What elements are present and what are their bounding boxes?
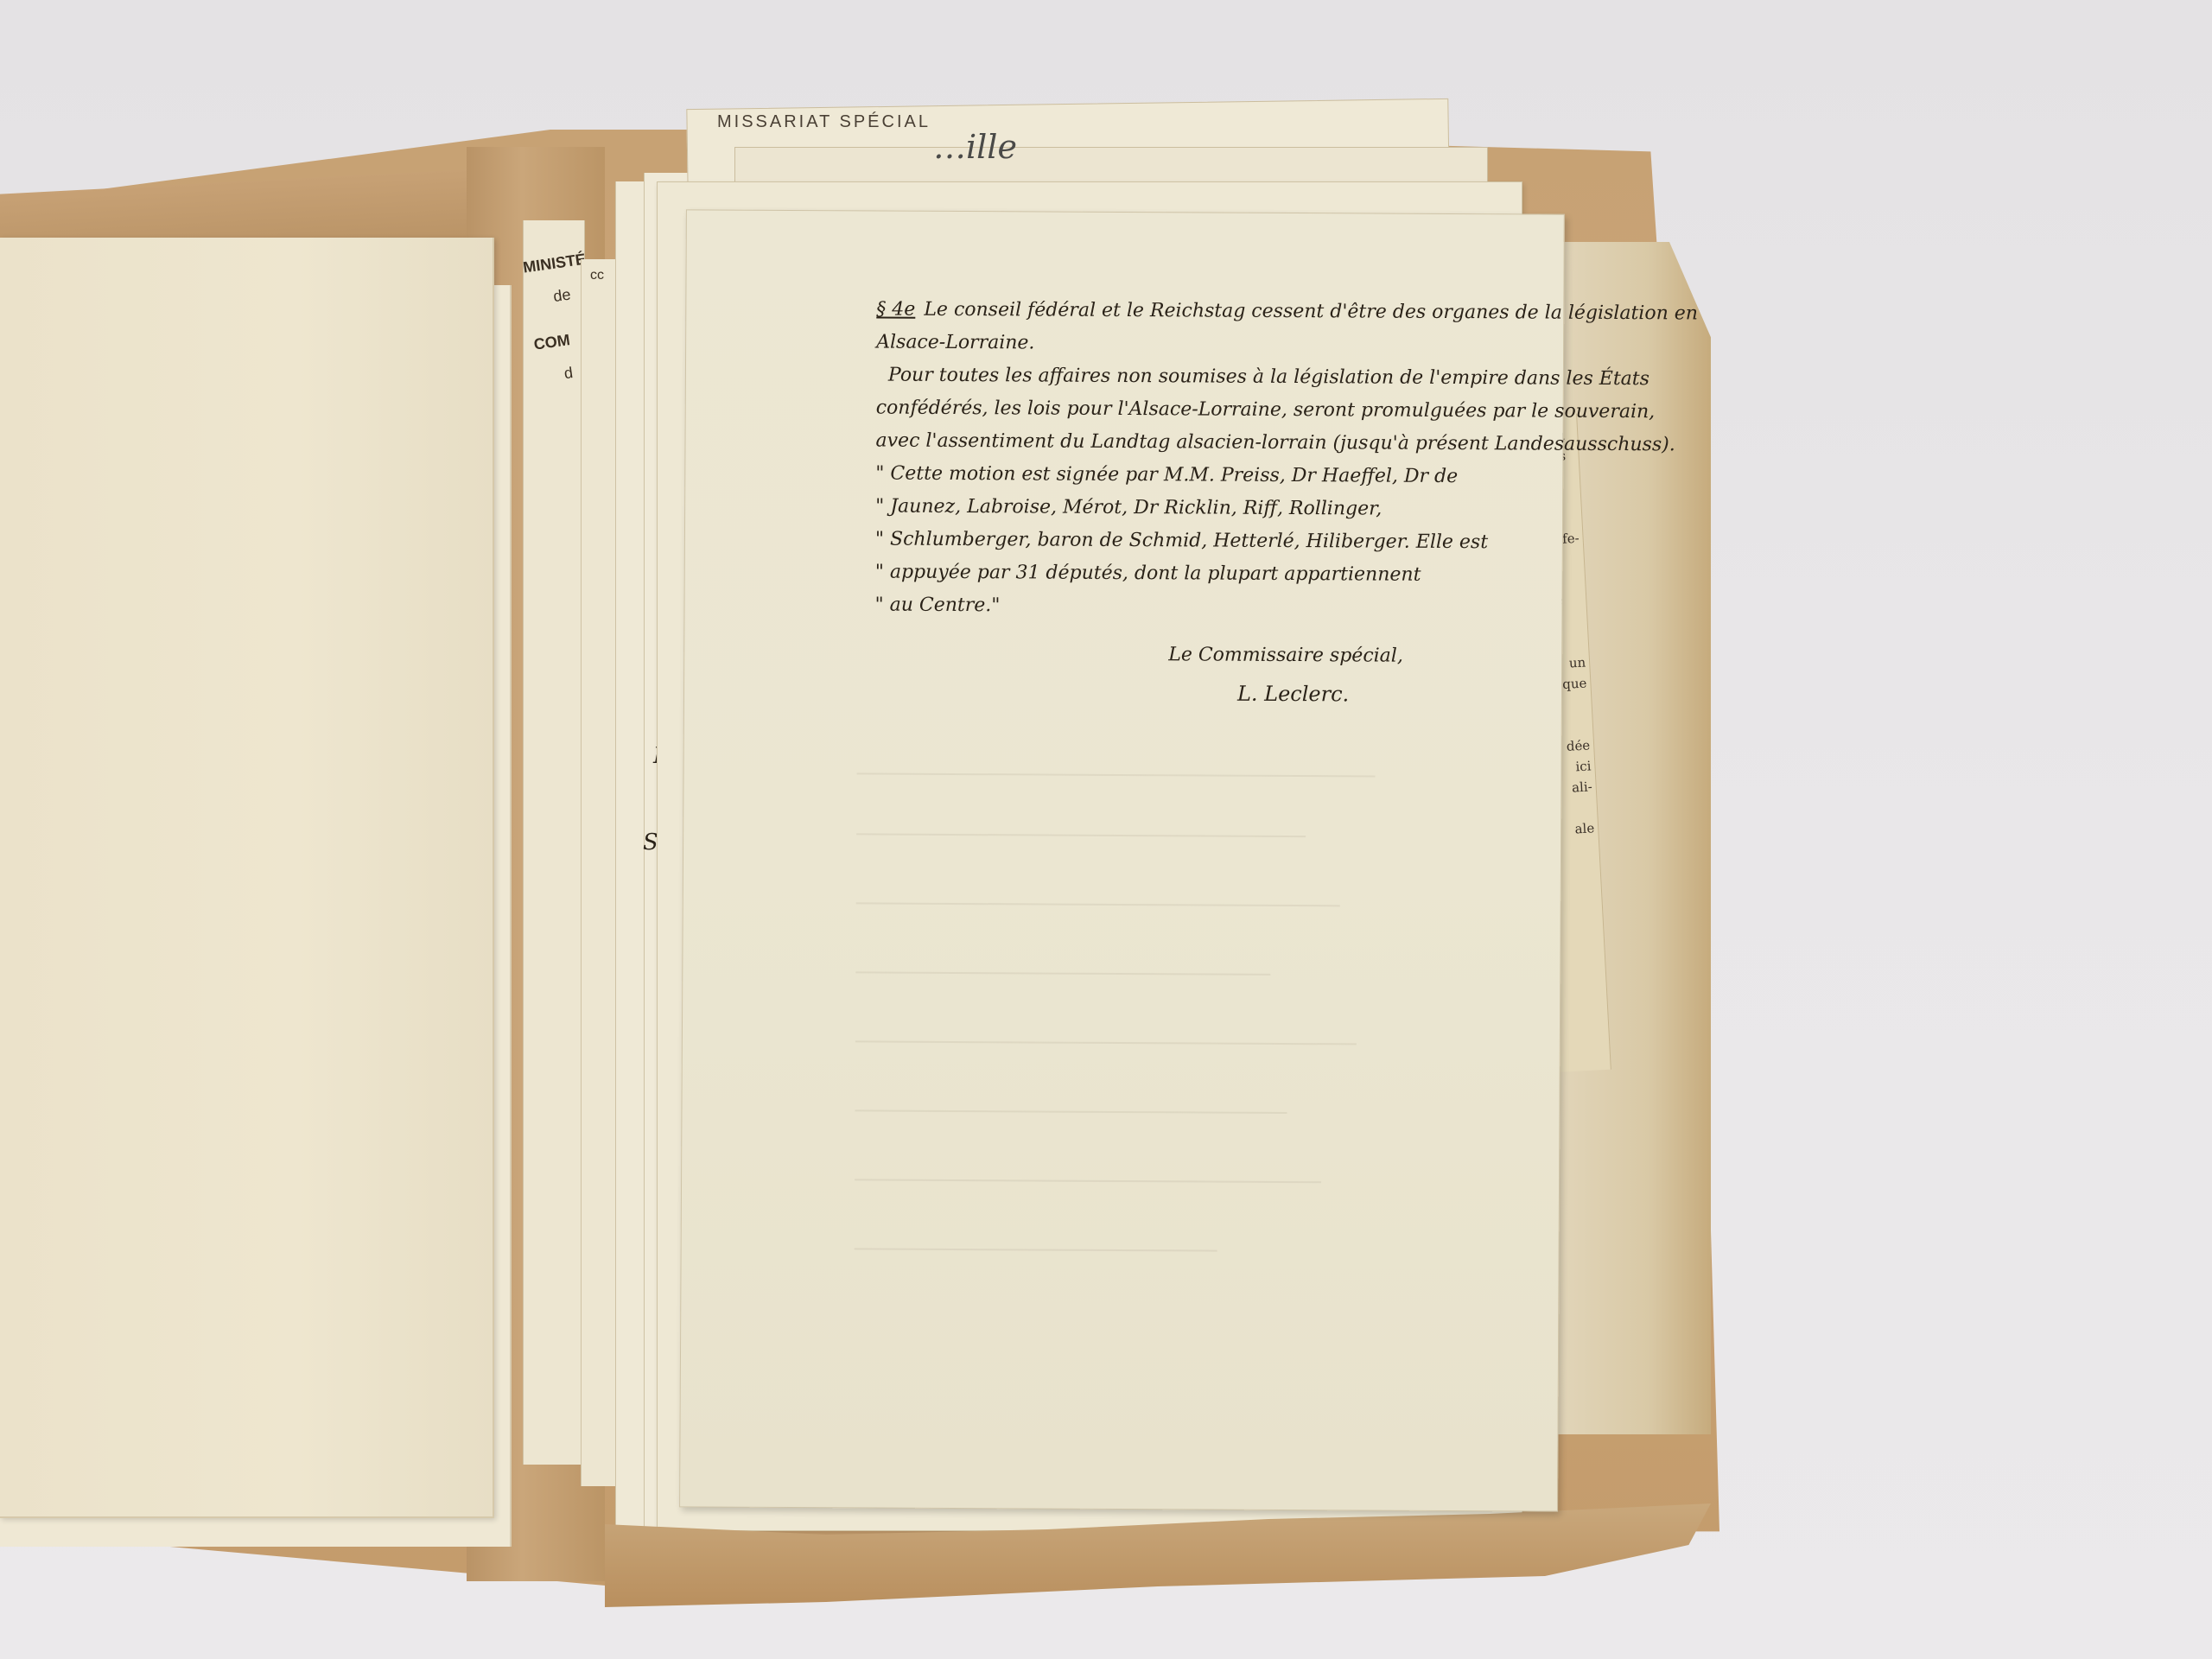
bleed-through-line: [857, 772, 1376, 777]
text-line: avec l'assentiment du Landtag alsacien-l…: [875, 425, 1497, 461]
stacked-page-strip: MINISTÉ de COM d: [523, 220, 585, 1465]
bleed-through-line: [856, 833, 1306, 837]
signature-block: Le Commissaire spécial, L. Leclerc.: [1168, 636, 1403, 713]
stamp-fragment: cc: [590, 268, 604, 283]
text-line: confédérés, les lois pour l'Alsace-Lorra…: [876, 392, 1498, 429]
commissariat-special-stamp: MISSARIAT SPÉCIAL: [717, 112, 931, 132]
text-line: " au Centre.": [874, 588, 1497, 625]
text-line: " Schlumberger, baron de Schmid, Hetterl…: [875, 524, 1497, 560]
text-line: Pour toutes les affaires non soumises à …: [876, 359, 1498, 396]
text-line: " Jaunez, Labroise, Mérot, Dr Ricklin, R…: [875, 491, 1497, 527]
left-blank-sheet[interactable]: [0, 238, 494, 1518]
section-mark: § 4e: [876, 299, 915, 321]
bleed-through-line: [855, 971, 1270, 976]
text-line: § 4eLe conseil fédéral et le Reichstag c…: [876, 294, 1498, 330]
signature: L. Leclerc.: [1168, 674, 1403, 713]
text-line: " Cette motion est signée par M.M. Preis…: [875, 458, 1497, 494]
handwritten-body: § 4eLe conseil fédéral et le Reichstag c…: [874, 294, 1498, 626]
text-line: Alsace-Lorraine.: [876, 327, 1498, 363]
bleed-through-line: [855, 1040, 1357, 1045]
line-text: Le conseil fédéral et le Reichstag cesse…: [924, 299, 1698, 325]
bleed-through-line: [855, 1179, 1321, 1183]
bleed-through-line: [856, 902, 1340, 906]
pencil-note: …ille: [933, 128, 1017, 166]
text-line: " appuyée par 31 députés, dont la plupar…: [875, 556, 1497, 592]
bleed-through-line: [855, 1109, 1287, 1114]
handwritten-letter-page[interactable]: § 4eLe conseil fédéral et le Reichstag c…: [679, 209, 1565, 1511]
signatory-title: Le Commissaire spécial,: [1168, 636, 1403, 675]
bleed-through-line: [855, 1248, 1217, 1251]
